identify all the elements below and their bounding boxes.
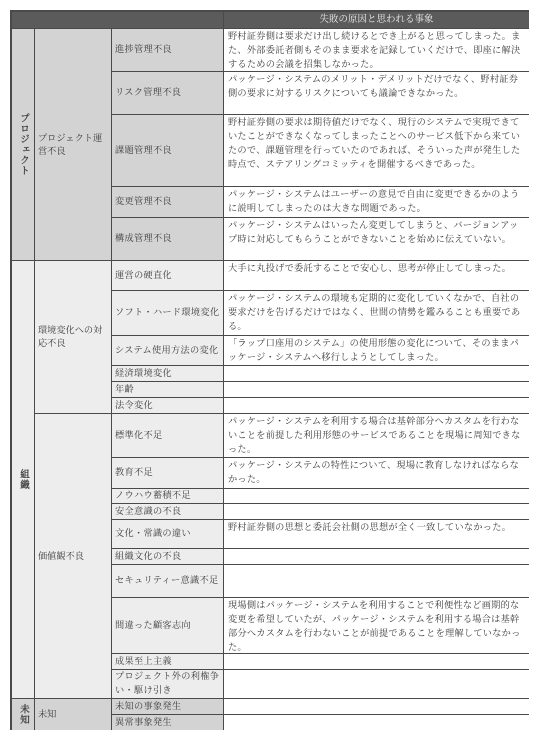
category-project: プロジェクト	[12, 29, 35, 261]
factor-cell: 構成管理不良	[112, 218, 224, 261]
event-cell: 野村証券側の思想と委託会社側の思想が全く一致していなかった。	[224, 520, 529, 549]
event-cell: パッケージ・システムの環境も定期的に変化していくなかで、自社の要求だけを告げるだ…	[224, 291, 529, 336]
factor-cell: ノウハウ蓄積不足	[112, 489, 224, 504]
group-unknown: 未知	[35, 699, 112, 730]
event-cell	[224, 398, 529, 414]
category-organization: 組織	[12, 261, 35, 699]
event-cell: パッケージ・システムはいったん変更してしまうと、バージョンアップ時に対応してもら…	[224, 218, 529, 261]
event-cell: 現場側はパッケージ・システムを利用することで利便性など画期的な変更を希望していた…	[224, 598, 529, 654]
event-cell	[224, 715, 529, 730]
category-unknown: 未知	[12, 699, 35, 730]
group-values: 価値観不良	[35, 414, 112, 699]
factor-cell: 教育不足	[112, 458, 224, 489]
factor-cell: 課題管理不良	[112, 115, 224, 187]
factor-cell: プロジェクト外の利権争い・駆け引き	[112, 670, 224, 699]
event-cell	[224, 382, 529, 398]
event-cell	[224, 654, 529, 670]
event-cell	[224, 549, 529, 565]
event-cell: パッケージ・システムのメリット・デメリットだけでなく、野村証券側の要求に対するリ…	[224, 72, 529, 115]
header-blank	[12, 12, 224, 29]
factor-cell: 変更管理不良	[112, 187, 224, 218]
factor-cell: 法令変化	[112, 398, 224, 414]
event-cell: 大手に丸投げで委託することで安心し、思考が停止してしまった。	[224, 261, 529, 291]
event-cell	[224, 504, 529, 520]
factor-cell: 運営の硬直化	[112, 261, 224, 291]
factor-cell: 安全意識の不良	[112, 504, 224, 520]
factor-cell: 未知の事象発生	[112, 699, 224, 715]
factor-cell: 標準化不足	[112, 414, 224, 458]
factor-cell: 文化・常識の違い	[112, 520, 224, 549]
event-cell	[224, 489, 529, 504]
header-title: 失敗の原因と思われる事象	[224, 12, 529, 29]
factor-cell: 年齢	[112, 382, 224, 398]
factor-cell: 間違った顧客志向	[112, 598, 224, 654]
factor-cell: 経済環境変化	[112, 366, 224, 382]
event-cell	[224, 699, 529, 715]
event-cell	[224, 565, 529, 598]
group-environment-change: 環境変化への対応不良	[35, 261, 112, 414]
factor-cell: 進捗管理不良	[112, 29, 224, 72]
factor-cell: 成果至上主義	[112, 654, 224, 670]
group-project-management: プロジェクト運営不良	[35, 29, 112, 261]
factor-cell: 異常事象発生	[112, 715, 224, 730]
event-cell: 「ラップ口座用のシステム」の使用形態の変化について、そのままパッケージ・システム…	[224, 336, 529, 366]
factor-cell: ソフト・ハード環境変化	[112, 291, 224, 336]
event-cell: パッケージ・システムを利用する場合は基幹部分へカスタムを行わないことを前提した利…	[224, 414, 529, 458]
event-cell	[224, 366, 529, 382]
event-cell: 野村証券側は要求だけ出し続けるとでき上がると思ってしまった。また、外部委託者側も…	[224, 29, 529, 72]
factor-cell: システム使用方法の変化	[112, 336, 224, 366]
failure-cause-table: 失敗の原因と思われる事象 プロジェクト プロジェクト運営不良 進捗管理不良 野村…	[10, 10, 529, 730]
factor-cell: リスク管理不良	[112, 72, 224, 115]
factor-cell: 組織文化の不良	[112, 549, 224, 565]
event-cell: パッケージ・システムはユーザーの意見で自由に変更できるかのように説明してしまった…	[224, 187, 529, 218]
event-cell: パッケージ・システムの特性について、現場に教育しなければならなかった。	[224, 458, 529, 489]
event-cell	[224, 670, 529, 699]
event-cell: 野村証券側の要求は期待値だけでなく、現行のシステムで実現できていたことができなく…	[224, 115, 529, 187]
factor-cell: セキュリティー意識不足	[112, 565, 224, 598]
